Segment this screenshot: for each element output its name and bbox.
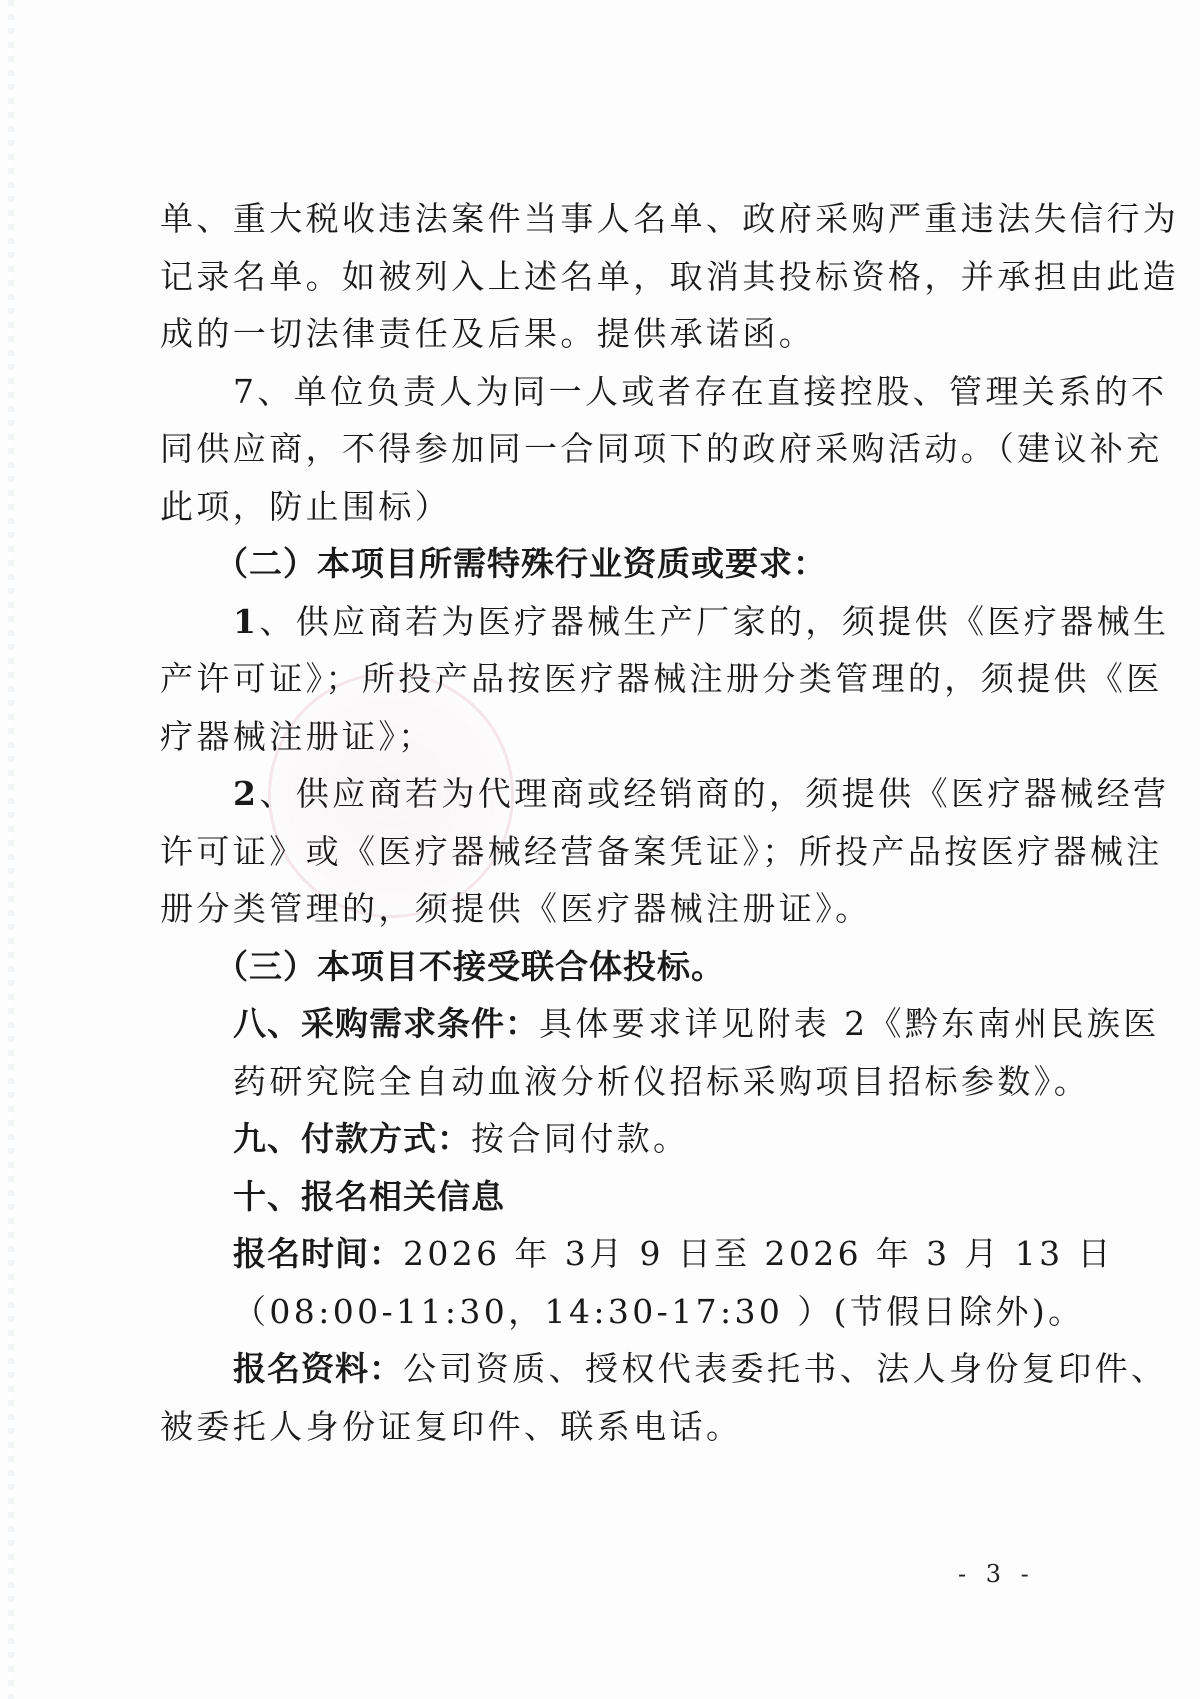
list-item-1: 1、供应商若为医疗器械生产厂家的，须提供《医疗器械生	[160, 593, 1055, 651]
section-text: 具体要求详见附表 2《黔东南州民族医	[539, 1004, 1160, 1043]
document-body: 单、重大税收违法案件当事人名单、政府采购严重违法失信行为 记录名单。如被列入上述…	[160, 190, 1055, 1455]
item-text: 、供应商若为代理商或经销商的，须提供《医疗器械经营	[259, 774, 1169, 813]
section-heading-10: 十、报名相关信息	[160, 1168, 1055, 1226]
field-value: 公司资质、授权代表委托书、法人身份复印件、	[403, 1349, 1167, 1388]
section-label: 八、采购需求条件：	[233, 1004, 539, 1043]
item-number: 1	[233, 602, 259, 641]
paragraph-line: 单、重大税收违法案件当事人名单、政府采购严重违法失信行为	[160, 190, 1055, 248]
paragraph-line: 册分类管理的，须提供《医疗器械注册证》。	[160, 880, 1055, 938]
paragraph-line: 7、单位负责人为同一人或者存在直接控股、管理关系的不	[160, 363, 1055, 421]
list-item-2: 2、供应商若为代理商或经销商的，须提供《医疗器械经营	[160, 765, 1055, 823]
paragraph-line: 此项，防止围标）	[160, 478, 1055, 536]
scan-edge-artifact	[8, 0, 14, 1699]
paragraph-line: 许可证》或《医疗器械经营备案凭证》；所投产品按医疗器械注	[160, 823, 1055, 881]
document-page: 单、重大税收违法案件当事人名单、政府采购严重违法失信行为 记录名单。如被列入上述…	[0, 0, 1200, 1699]
paragraph-line: 产许可证》；所投产品按医疗器械注册分类管理的，须提供《医	[160, 650, 1055, 708]
paragraph-line: 被委托人身份证复印件、联系电话。	[160, 1398, 1055, 1456]
registration-materials: 报名资料：公司资质、授权代表委托书、法人身份复印件、	[160, 1340, 1055, 1398]
page-number: - 3 -	[958, 1560, 1035, 1588]
paragraph-line: 同供应商，不得参加同一合同项下的政府采购活动。（建议补充	[160, 420, 1055, 478]
paragraph-line: 药研究院全自动血液分析仪招标采购项目招标参数》。	[160, 1053, 1055, 1111]
item-number: 2	[233, 774, 259, 813]
section-text: 按合同付款。	[471, 1119, 689, 1158]
field-label: 报名资料：	[233, 1349, 403, 1388]
section-9: 九、付款方式：按合同付款。	[160, 1110, 1055, 1168]
section-8: 八、采购需求条件：具体要求详见附表 2《黔东南州民族医	[160, 995, 1055, 1053]
field-value: 2026 年 3月 9 日至 2026 年 3 月 13 日	[403, 1234, 1114, 1273]
field-label: 报名时间：	[233, 1234, 403, 1273]
paragraph-line: 疗器械注册证》；	[160, 708, 1055, 766]
section-heading-2: （二）本项目所需特殊行业资质或要求：	[160, 535, 1055, 593]
item-text: 、供应商若为医疗器械生产厂家的，须提供《医疗器械生	[259, 602, 1169, 641]
section-heading-3: （三）本项目不接受联合体投标。	[160, 938, 1055, 996]
paragraph-line: 成的一切法律责任及后果。提供承诺函。	[160, 305, 1055, 363]
registration-hours: （08:00-11:30，14:30-17:30 ）(节假日除外)。	[160, 1283, 1055, 1341]
paragraph-line: 记录名单。如被列入上述名单，取消其投标资格，并承担由此造	[160, 248, 1055, 306]
section-label: 九、付款方式：	[233, 1119, 471, 1158]
registration-time: 报名时间：2026 年 3月 9 日至 2026 年 3 月 13 日	[160, 1225, 1055, 1283]
